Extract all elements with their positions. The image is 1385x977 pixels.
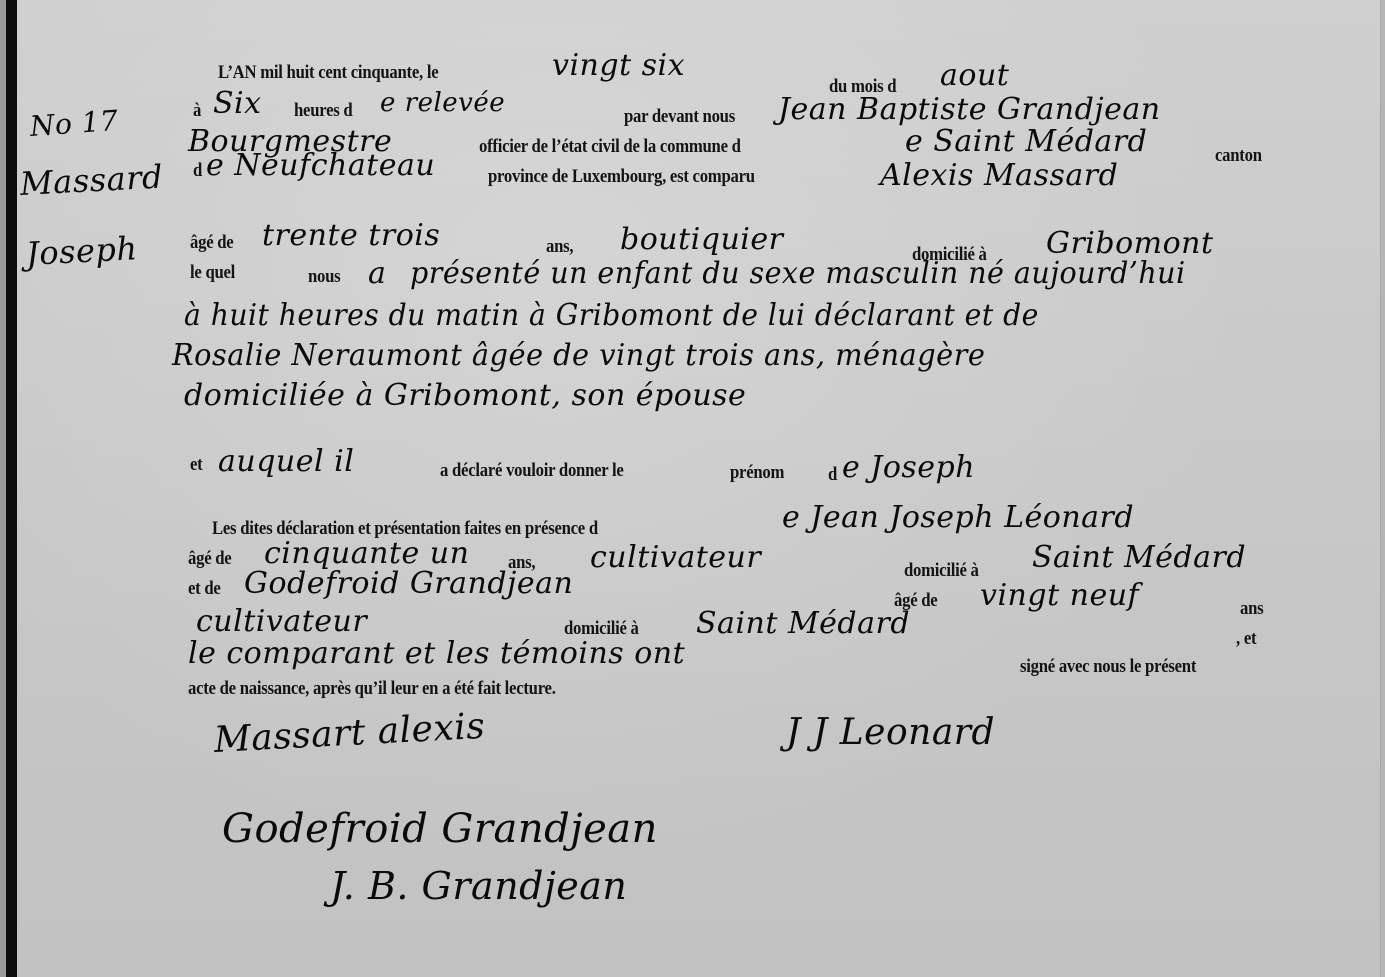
hand-witness2-occupation: cultivateur — [196, 604, 367, 639]
hand-birth-line-4: domiciliée à Gribomont, son épouse — [184, 378, 746, 413]
printed-prenom: prénom — [730, 462, 784, 484]
printed-d2: d — [828, 464, 837, 486]
hand-witness1-occupation: cultivateur — [590, 540, 761, 575]
hand-declarant: Alexis Massard — [880, 158, 1118, 193]
hand-birth-line-2: à huit heures du matin à Gribomont de lu… — [184, 298, 1039, 333]
signature-godefroid-grandjean: Godefroid Grandjean — [222, 806, 658, 852]
margin-given-name: Joseph — [25, 229, 138, 273]
printed-province: province de Luxembourg, est comparu — [488, 166, 755, 188]
hand-witness2-domicile: Saint Médard — [696, 606, 910, 641]
margin-rule — [6, 0, 17, 977]
printed-lequel: le quel — [190, 262, 235, 284]
printed-et-de: et de — [188, 578, 221, 600]
printed-d: d — [193, 160, 202, 182]
printed-closing-line: acte de naissance, après qu’il leur en a… — [188, 678, 556, 700]
hand-presented-text: présenté un enfant du sexe masculin né a… — [410, 256, 1186, 291]
hand-declarant-age: trente trois — [262, 218, 440, 253]
printed-et: et — [190, 454, 202, 476]
printed-year-line: L’AN mil huit cent cinquante, le — [218, 62, 438, 84]
printed-declare: a déclaré vouloir donner le — [440, 460, 624, 482]
hand-a: a — [368, 256, 386, 291]
printed-officer-label: officier de l’état civil de la commune d — [479, 136, 741, 158]
printed-nous: nous — [308, 266, 340, 288]
printed-et-comma: , et — [1236, 628, 1256, 650]
page-right-edge — [1380, 0, 1385, 977]
printed-canton: canton — [1215, 145, 1262, 167]
hand-canton: e Neufchateau — [206, 148, 435, 183]
signature-massart: Massart alexis — [213, 706, 486, 761]
margin-surname: Massard — [19, 158, 164, 203]
hand-witness2-name: Godefroid Grandjean — [244, 566, 573, 601]
hand-witness1-domicile: Saint Médard — [1032, 540, 1246, 575]
printed-par-devant-nous: par devant nous — [624, 106, 735, 128]
hand-day: vingt six — [552, 48, 685, 83]
signature-jb-grandjean: J. B. Grandjean — [330, 864, 627, 908]
hand-officer-name: Jean Baptiste Grandjean — [778, 92, 1161, 127]
printed-signe: signé avec nous le présent — [1020, 656, 1196, 678]
hand-commune: e Saint Médard — [905, 124, 1147, 159]
hand-occupation: boutiquier — [620, 222, 783, 257]
signature-leonard: J J Leonard — [786, 712, 995, 753]
printed-ans-3: ans — [1240, 598, 1263, 620]
hand-month: aout — [940, 58, 1009, 93]
printed-age-label: âgé de — [190, 232, 233, 254]
printed-hours-label: heures d — [294, 100, 352, 122]
hand-witness1-name: e Jean Joseph Léonard — [782, 500, 1134, 535]
margin-entry-number: No 17 — [29, 104, 119, 143]
printed-a: à — [193, 100, 201, 122]
printed-ans: ans, — [546, 236, 573, 258]
printed-age-label-2: âgé de — [188, 548, 231, 570]
hand-witness2-age: vingt neuf — [980, 578, 1139, 613]
hand-hour: Six — [213, 86, 262, 121]
hand-time-of-day: e relevée — [380, 88, 505, 118]
hand-given-name: e Joseph — [842, 450, 975, 485]
document-page: No 17 Massard Joseph L’AN mil huit cent … — [0, 0, 1385, 977]
hand-auquel: auquel il — [218, 444, 354, 479]
printed-domicile-label-2: domicilié à — [904, 560, 979, 582]
hand-signers-line: le comparant et les témoins ont — [188, 636, 685, 671]
hand-birth-line-3: Rosalie Neraumont âgée de vingt trois an… — [172, 338, 985, 373]
